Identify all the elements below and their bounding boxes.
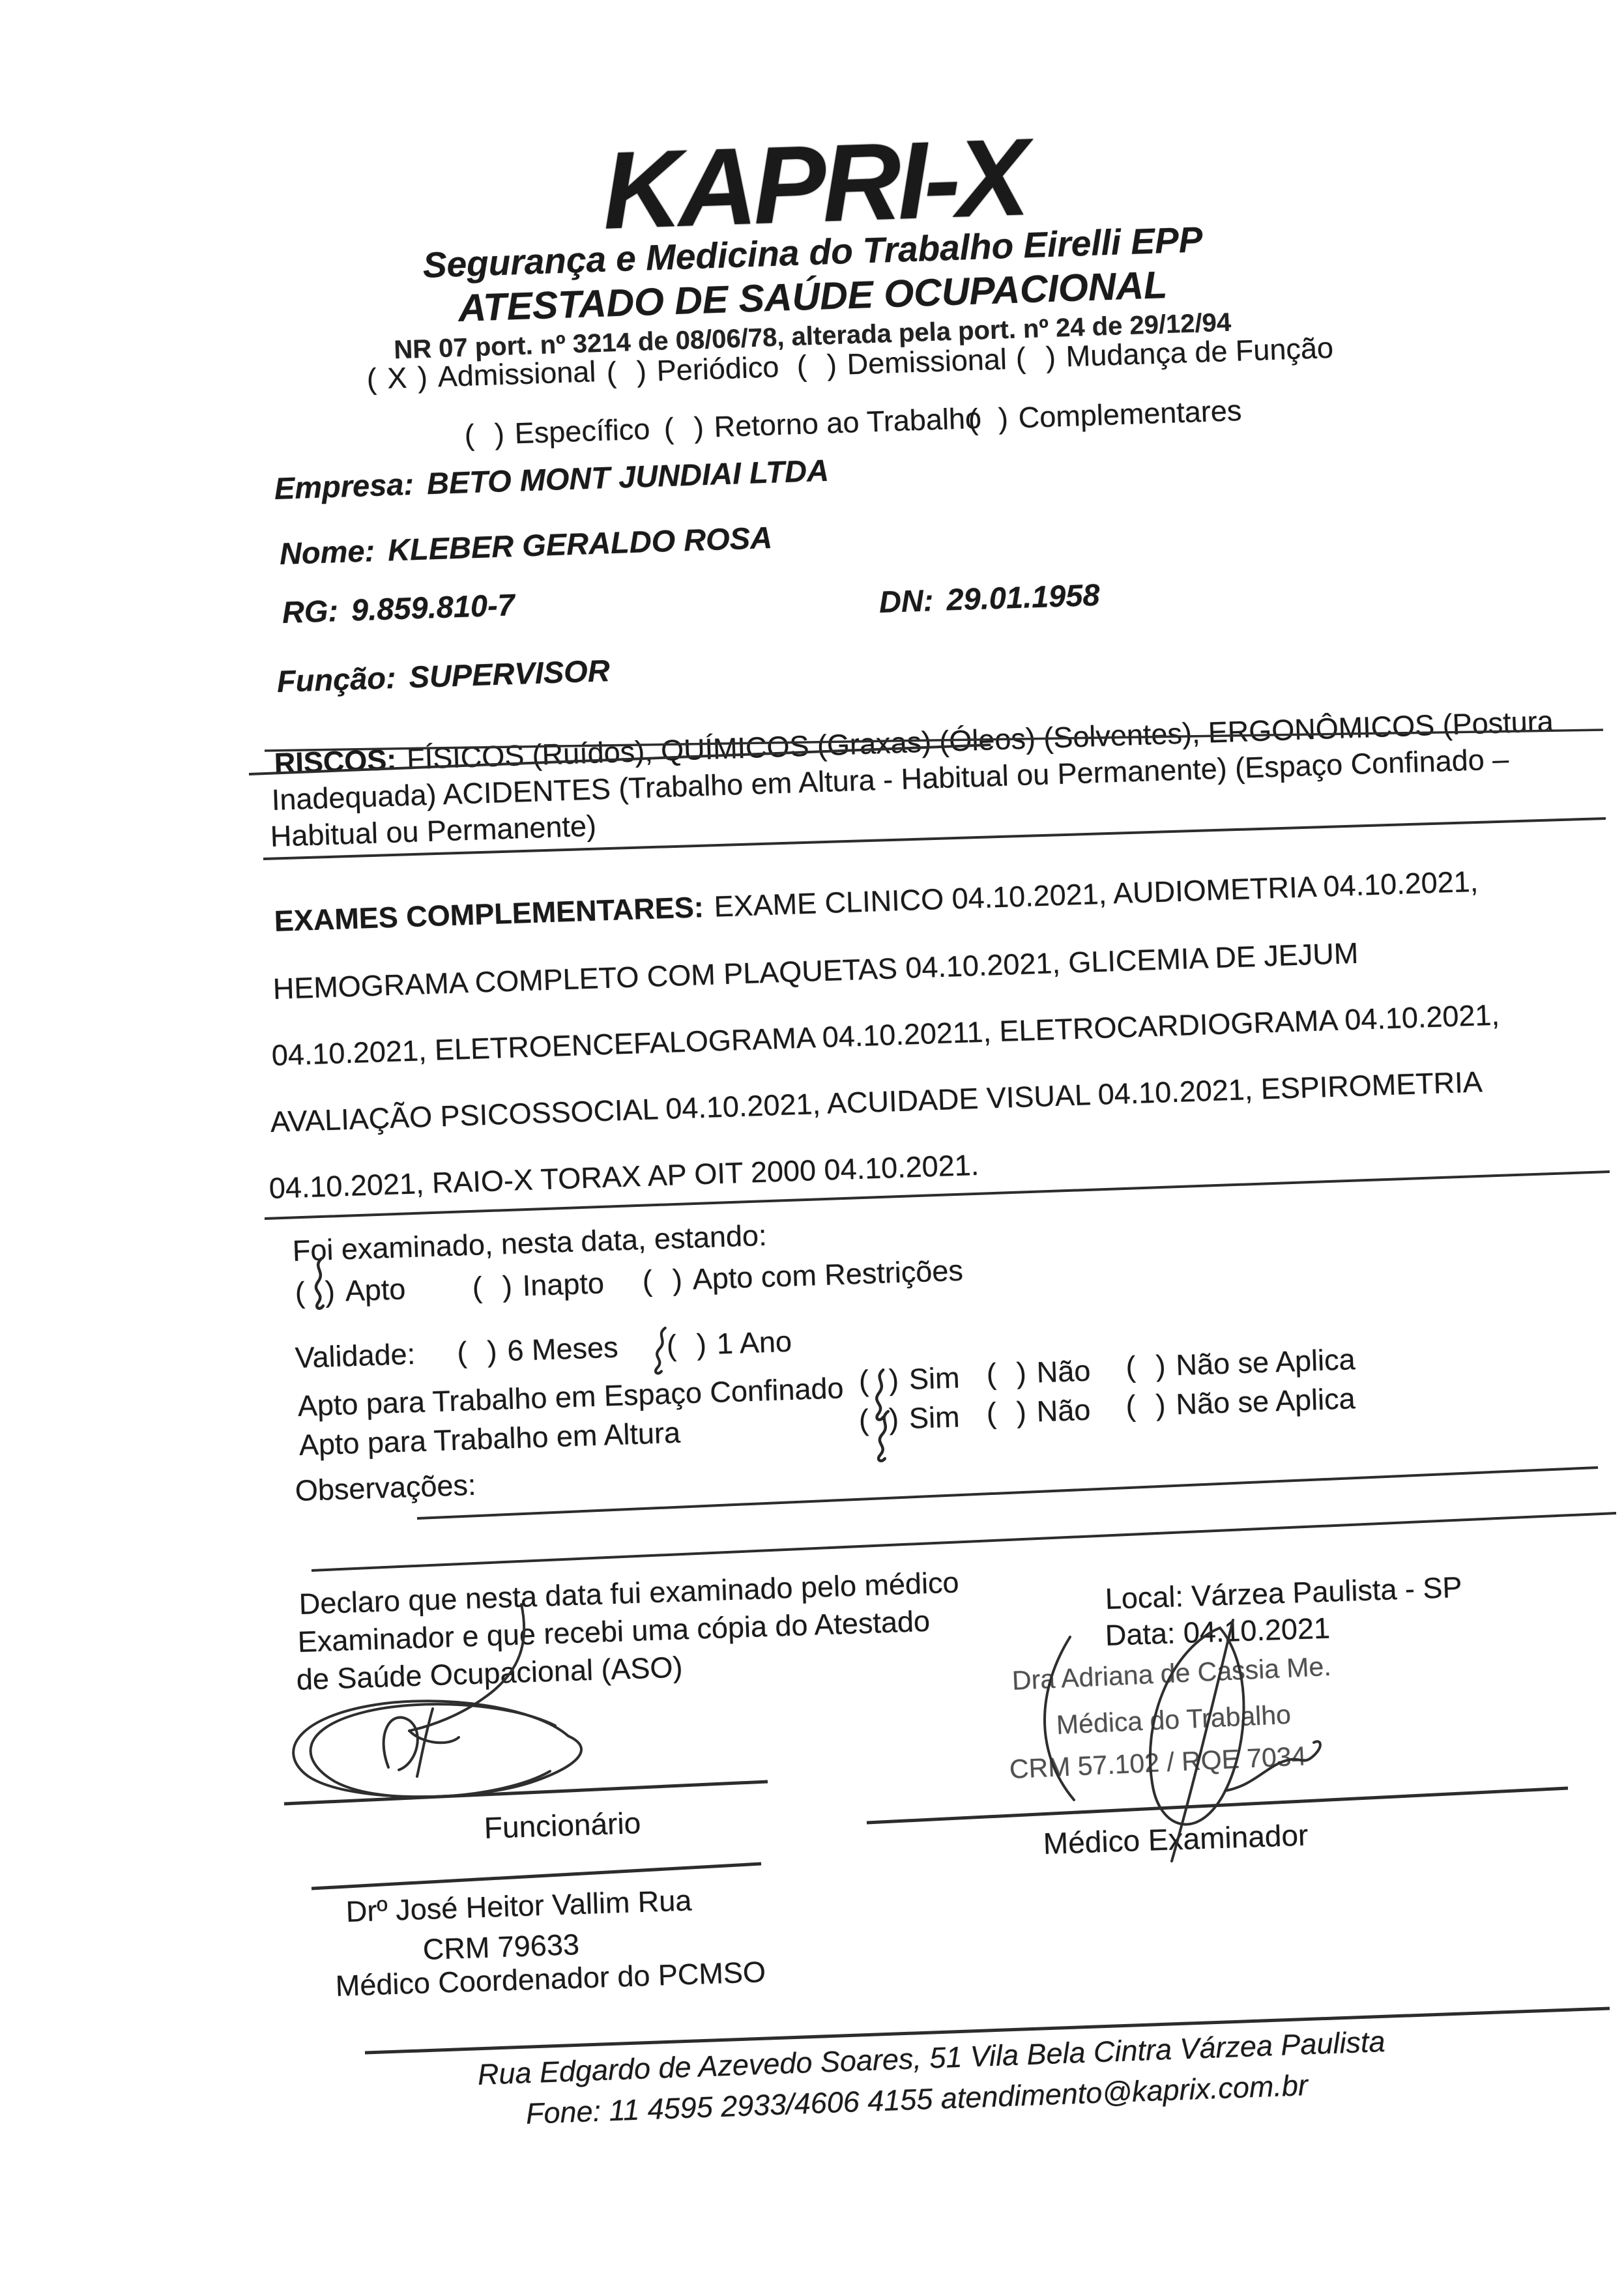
pen-mark-1-ano: [656, 1327, 665, 1374]
observacoes-line-2: [312, 1513, 1616, 1571]
coordinator-line: [312, 1864, 761, 1889]
observacoes-line-1: [417, 1468, 1598, 1518]
pen-mark-espaco-confinado-sim: [875, 1370, 885, 1420]
examiner-signature: [1045, 1620, 1320, 1861]
pen-mark-apto: [313, 1258, 325, 1309]
rule-below-exames: [265, 1172, 1610, 1219]
footer-line: [365, 2008, 1610, 2053]
rule-below-riscos: [263, 818, 1606, 859]
scanned-aso-document: KAPRI-X Segurança e Medicina do Trabalho…: [0, 0, 1624, 2273]
scan-lines-layer: [0, 0, 1624, 2273]
employee-signature: [293, 1604, 581, 1797]
